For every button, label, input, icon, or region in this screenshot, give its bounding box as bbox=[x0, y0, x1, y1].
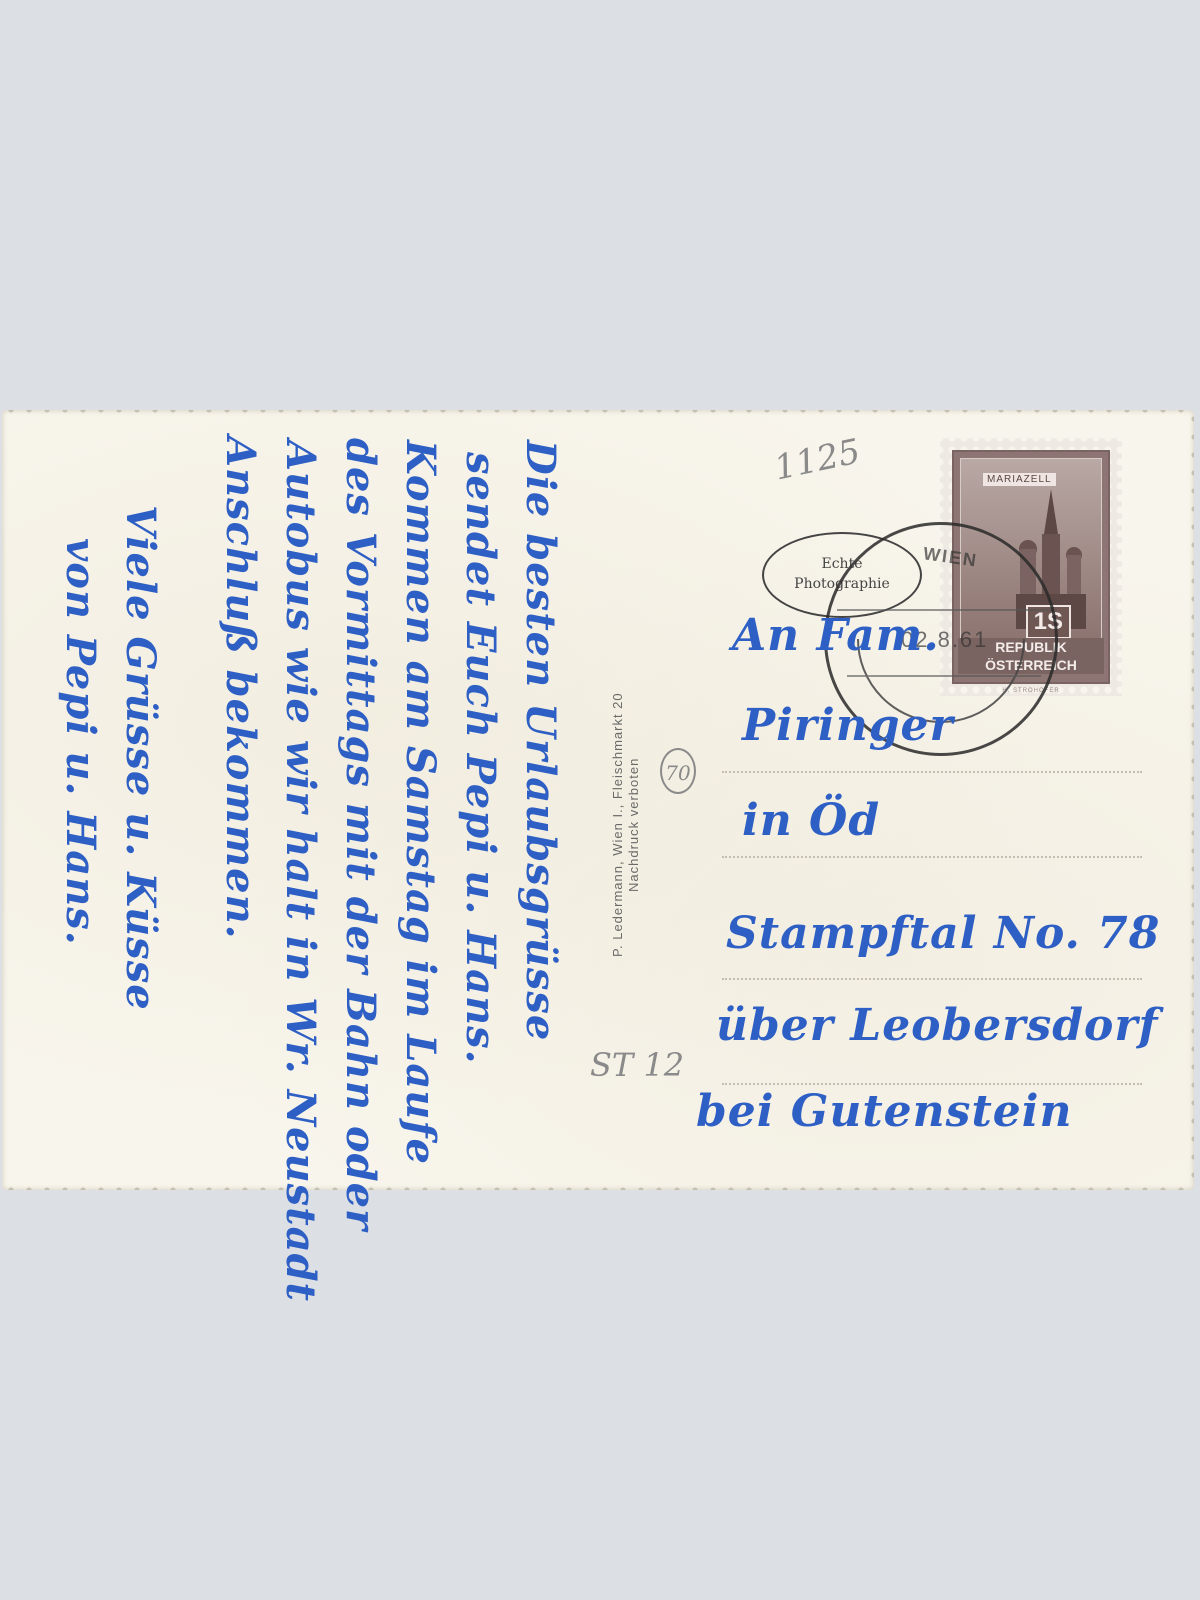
address-rule bbox=[722, 856, 1142, 858]
address-rule bbox=[722, 771, 1142, 773]
address-rule bbox=[722, 1083, 1142, 1085]
address-line: An Fam. bbox=[732, 610, 940, 661]
publisher-line: P. Ledermann, Wien I., Fleischmarkt 20 bbox=[610, 615, 626, 1035]
deckle-edge-top bbox=[2, 410, 1194, 416]
address-rule bbox=[722, 978, 1142, 980]
address-line: über Leobersdorf bbox=[716, 1000, 1158, 1051]
address-line: Piringer bbox=[742, 700, 954, 751]
message-line: Viele Grüsse u. Küsse bbox=[120, 505, 160, 1011]
address-line: bei Gutenstein bbox=[696, 1086, 1072, 1137]
message-line: Die besten Urlaubsgrüsse bbox=[520, 440, 560, 1041]
publisher-line: Nachdruck verboten bbox=[626, 615, 642, 1035]
message-line: des Vormittags mit der Bahn oder bbox=[340, 438, 380, 1231]
stamp-title: MARIAZELL bbox=[983, 473, 1056, 486]
pencil-note-circled: 70 bbox=[660, 748, 696, 794]
pencil-note-top: 1125 bbox=[771, 431, 864, 488]
deckle-edge-right bbox=[1189, 410, 1194, 1190]
message-line: sendet Euch Pepi u. Hans. bbox=[460, 452, 500, 1065]
address-line: Stampftal No. 78 bbox=[726, 908, 1160, 959]
message-line: Autobus wie wir halt in Wr. Neustadt bbox=[280, 440, 320, 1302]
message-line: Anschluß bekommen. bbox=[220, 436, 260, 940]
postcard: Die besten Urlaubsgrüsse sendet Euch Pep… bbox=[2, 410, 1194, 1190]
postmark-city: WIEN bbox=[922, 543, 979, 571]
postmark-bar bbox=[847, 675, 1041, 677]
publisher-imprint: P. Ledermann, Wien I., Fleischmarkt 20 N… bbox=[610, 615, 642, 1035]
message-line: von Pepi u. Hans. bbox=[60, 538, 100, 946]
message-line: Kommen am Samstag im Laufe bbox=[400, 440, 440, 1165]
pencil-note-bottom: ST 12 bbox=[590, 1046, 684, 1084]
address-line: in Öd bbox=[742, 795, 880, 846]
deckle-edge-bottom bbox=[2, 1184, 1194, 1190]
